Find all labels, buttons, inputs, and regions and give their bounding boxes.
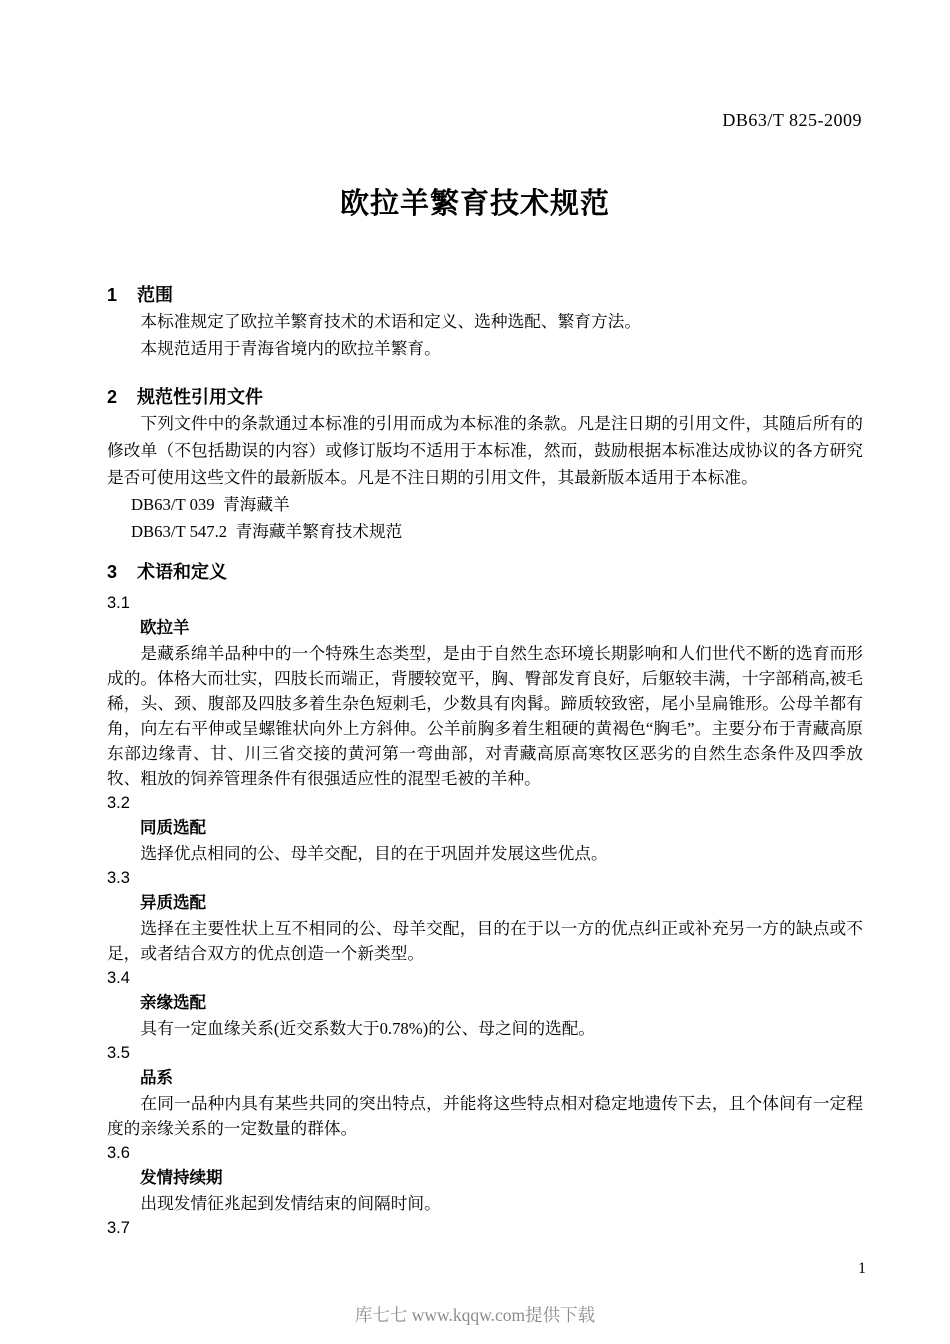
clause-heading-normative-references: 2规范性引用文件 [107, 384, 863, 410]
term-definition: 在同一品种内具有某些共同的突出特点，并能将这些特点相对稳定地遗传下去，且个体间有… [107, 1091, 863, 1141]
clause-number: 2 [107, 384, 117, 410]
terms-list: 3.1 欧拉羊 是藏系绵羊品种中的一个特殊生态类型，是由于自然生态环境长期影响和… [107, 591, 863, 1241]
page-number: 1 [858, 1260, 866, 1278]
clause-heading-scope: 1范围 [107, 282, 863, 308]
term-number: 3.3 [107, 866, 863, 891]
term-name: 亲缘选配 [107, 991, 863, 1016]
term-number: 3.2 [107, 791, 863, 816]
paragraph: 下列文件中的条款通过本标准的引用而成为本标准的条款。凡是注日期的引用文件，其随后… [107, 410, 863, 491]
reference-item: DB63/T 547.2 青海藏羊繁育技术规范 [107, 518, 863, 545]
term-name: 异质选配 [107, 891, 863, 916]
term-number: 3.4 [107, 966, 863, 991]
clause-number: 3 [107, 559, 117, 585]
term-number: 3.1 [107, 591, 863, 616]
term-definition: 选择在主要性状上互不相同的公、母羊交配，目的在于以一方的优点纠正或补充另一方的缺… [107, 916, 863, 966]
standard-code: DB63/T 825-2009 [722, 110, 862, 130]
term-definition: 是藏系绵羊品种中的一个特殊生态类型，是由于自然生态环境长期影响和人们世代不断的选… [107, 641, 863, 791]
term-number: 3.5 [107, 1041, 863, 1066]
clause-title: 规范性引用文件 [137, 387, 263, 407]
term-definition: 出现发情征兆起到发情结束的间隔时间。 [107, 1191, 863, 1216]
paragraph: 本规范适用于青海省境内的欧拉羊繁育。 [107, 335, 863, 362]
reference-item: DB63/T 039 青海藏羊 [107, 491, 863, 518]
term-name: 发情持续期 [107, 1166, 863, 1191]
term-definition: 具有一定血缘关系(近交系数大于0.78%)的公、母之间的选配。 [107, 1016, 863, 1041]
term-name: 品系 [107, 1066, 863, 1091]
clause-title: 范围 [137, 285, 173, 305]
document-header: DB63/T 825-2009 [0, 0, 950, 130]
document-page: DB63/T 825-2009 欧拉羊繁育技术规范 1范围 本标准规定了欧拉羊繁… [0, 0, 950, 1344]
document-title: 欧拉羊繁育技术规范 [0, 186, 950, 222]
term-name: 同质选配 [107, 816, 863, 841]
clause-heading-terms-definitions: 3术语和定义 [107, 559, 863, 585]
document-body: 1范围 本标准规定了欧拉羊繁育技术的术语和定义、选种选配、繁育方法。 本规范适用… [107, 282, 863, 1241]
footer-watermark: 库七七 www.kqqw.com提供下载 [0, 1304, 950, 1326]
term-number: 3.7 [107, 1216, 863, 1241]
clause-title: 术语和定义 [137, 562, 227, 582]
paragraph: 本标准规定了欧拉羊繁育技术的术语和定义、选种选配、繁育方法。 [107, 308, 863, 335]
term-name: 欧拉羊 [107, 616, 863, 641]
term-definition: 选择优点相同的公、母羊交配，目的在于巩固并发展这些优点。 [107, 841, 863, 866]
clause-number: 1 [107, 282, 117, 308]
term-number: 3.6 [107, 1141, 863, 1166]
